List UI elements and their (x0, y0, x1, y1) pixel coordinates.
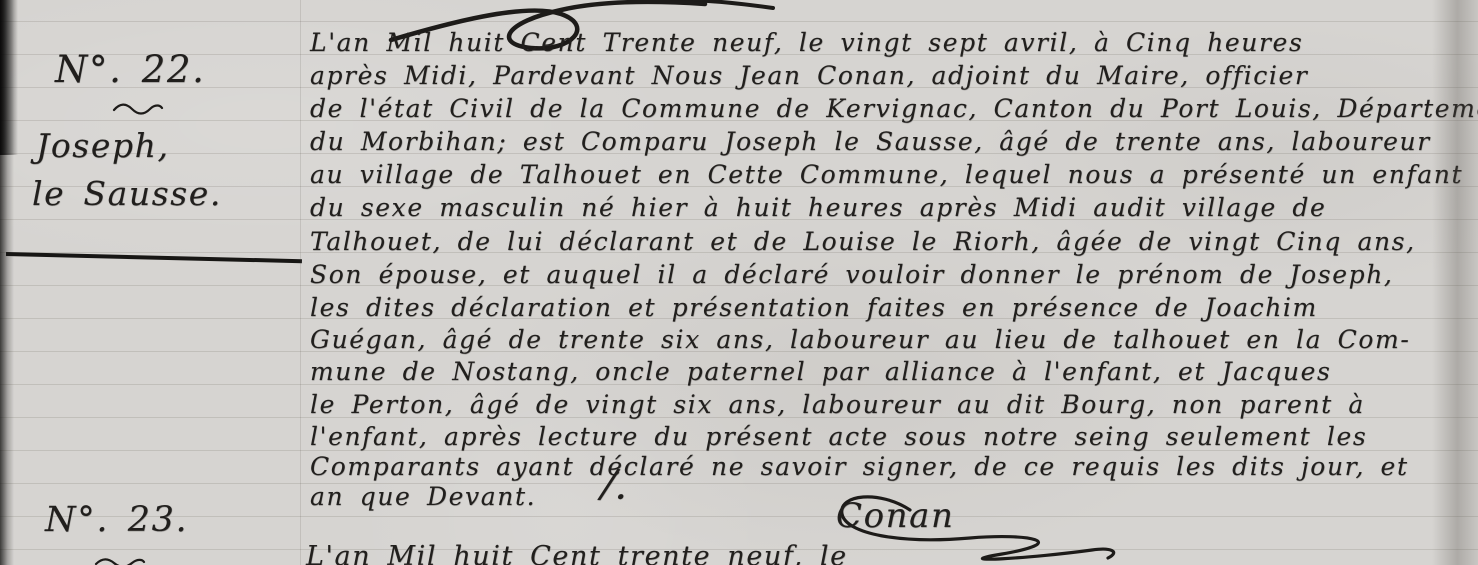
next-record-number: N°. 23. (45, 500, 188, 540)
record-text-line: Talhouet, de lui déclarant et de Louise … (310, 227, 1416, 256)
margin-child-firstname: Joseph, (36, 126, 170, 165)
record-text-line: le Perton, âgé de vingt six ans, laboure… (310, 390, 1365, 419)
next-record-number-squiggle (94, 556, 146, 565)
record-text-line: de l'état Civil de la Commune de Kervign… (310, 94, 1478, 123)
page-left-edge-shadow-top (0, 0, 18, 155)
officer-signature: Conan (836, 496, 955, 536)
record-text-line: an que Devant. (310, 482, 536, 511)
record-number-squiggle (112, 101, 164, 115)
register-page-scan: N°. 22. Joseph, le Sausse. N°. 23. L'an … (0, 0, 1478, 565)
record-text-line: Son épouse, et auquel il a déclaré voulo… (310, 260, 1393, 289)
record-text-line: du Morbihan; est Comparu Joseph le Sauss… (310, 127, 1431, 156)
record-text-line: au village de Talhouet en Cette Commune,… (310, 160, 1463, 189)
record-text-line: après Midi, Pardevant Nous Jean Conan, a… (310, 61, 1308, 90)
record-text-line: mune de Nostang, oncle paternel par alli… (310, 357, 1331, 386)
record-text-line: L'an Mil huit Cent Trente neuf, le vingt… (310, 28, 1303, 57)
margin-divider-line (6, 252, 302, 263)
record-number: N°. 22. (55, 48, 205, 91)
record-text-line: l'enfant, après lecture du présent acte … (310, 422, 1367, 451)
page-gutter-shadow (1432, 0, 1478, 565)
record-text-line: du sexe masculin né hier à huit heures a… (310, 193, 1326, 222)
margin-child-surname: le Sausse. (32, 174, 222, 213)
next-record-first-line: L'an Mil huit Cent trente neuf, le (306, 541, 848, 565)
record-text-line: Comparants ayant déclaré ne savoir signe… (310, 452, 1409, 481)
margin-crease-line (300, 0, 301, 565)
record-text-line: les dites déclaration et présentation fa… (310, 293, 1318, 322)
closing-paraph-mark: /. (600, 461, 631, 509)
record-text-line: Guégan, âgé de trente six ans, laboureur… (310, 325, 1410, 354)
